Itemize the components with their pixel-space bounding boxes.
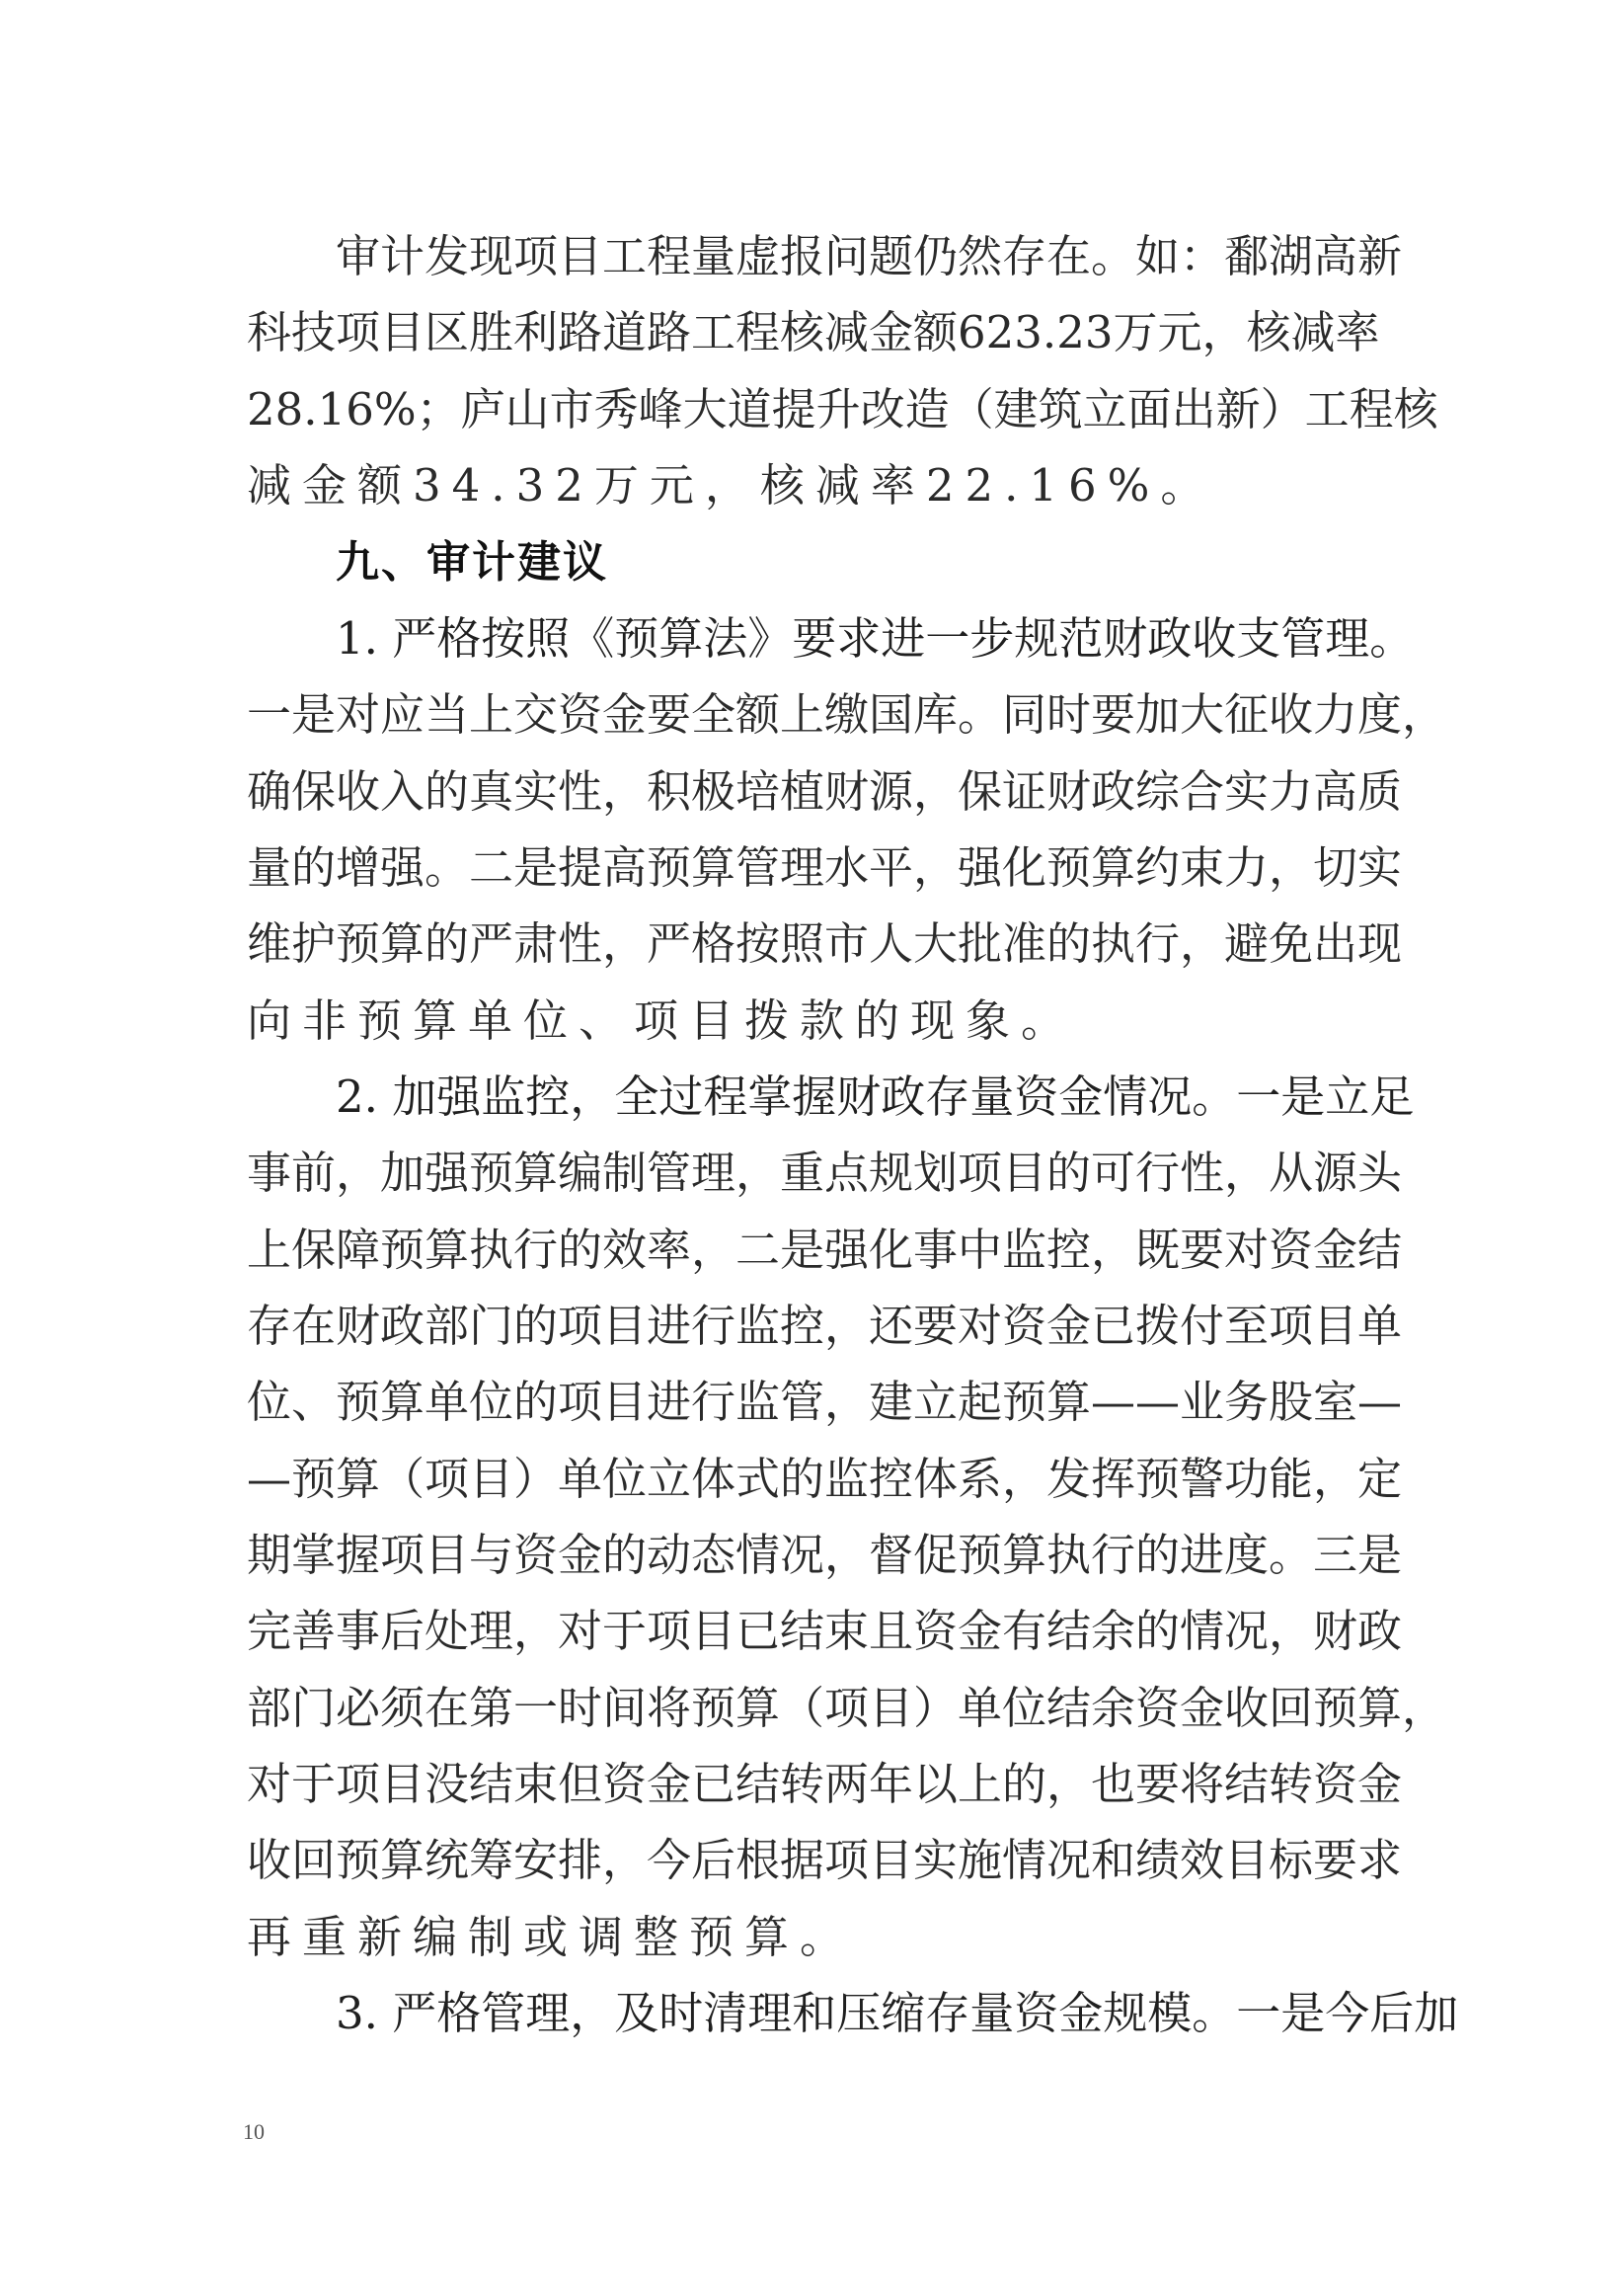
section-heading: 九、审计建议 [336,533,1374,593]
intro-paragraph-line: 28.16%；庐山市秀峰大道提升改造（建筑立面出新）工程核 [247,380,1374,439]
recommendation-2-line: 再重新编制或调整预算。 [247,1908,1374,1967]
recommendation-1-line: 1. 严格按照《预算法》要求进一步规范财政收支管理。 [336,609,1374,669]
recommendation-1-line: 确保收入的真实性，积极培植财源，保证财政综合实力高质 [247,762,1374,822]
recommendation-1-line: 量的增强。二是提高预算管理水平，强化预算约束力，切实 [247,838,1374,898]
recommendation-2-line: —预算（项目）单位立体式的监控体系，发挥预警功能，定 [247,1450,1374,1509]
recommendation-2-line: 部门必须在第一时间将预算（项目）单位结余资金收回预算， [247,1679,1374,1738]
recommendation-2-line: 对于项目没结束但资金已结转两年以上的，也要将结转资金 [247,1755,1374,1814]
document-page: 审计发现项目工程量虚报问题仍然存在。如：鄱湖高新 科技项目区胜利路道路工程核减金… [0,0,1623,2296]
recommendation-2-line: 上保障预算执行的效率，二是强化事中监控，既要对资金结 [247,1221,1374,1280]
recommendation-2-line: 收回预算统筹安排，今后根据项目实施情况和绩效目标要求 [247,1831,1374,1890]
intro-paragraph-line: 减金额34.32万元，核减率22.16%。 [247,456,1374,515]
recommendation-2-line: 位、预算单位的项目进行监管，建立起预算——业务股室— [247,1373,1374,1432]
recommendation-3-line: 3. 严格管理，及时清理和压缩存量资金规模。一是今后加 [336,1984,1374,2043]
recommendation-2-line: 完善事后处理，对于项目已结束且资金有结余的情况，财政 [247,1602,1374,1661]
intro-paragraph-line: 科技项目区胜利路道路工程核减金额623.23万元，核减率 [247,303,1374,362]
recommendation-2-line: 存在财政部门的项目进行监控，还要对资金已拨付至项目单 [247,1297,1374,1356]
page-number: 10 [243,2119,265,2145]
recommendation-2-line: 期掌握项目与资金的动态情况，督促预算执行的进度。三是 [247,1526,1374,1585]
recommendation-2-line: 2. 加强监控，全过程掌握财政存量资金情况。一是立足 [336,1068,1374,1127]
recommendation-1-line: 一是对应当上交资金要全额上缴国库。同时要加大征收力度， [247,685,1374,745]
recommendation-2-line: 事前，加强预算编制管理，重点规划项目的可行性，从源头 [247,1144,1374,1203]
intro-paragraph-line: 审计发现项目工程量虚报问题仍然存在。如：鄱湖高新 [336,227,1374,286]
recommendation-1-line: 维护预算的严肃性，严格按照市人大批准的执行，避免出现 [247,914,1374,974]
recommendation-1-line: 向非预算单位、项目拨款的现象。 [247,991,1374,1051]
